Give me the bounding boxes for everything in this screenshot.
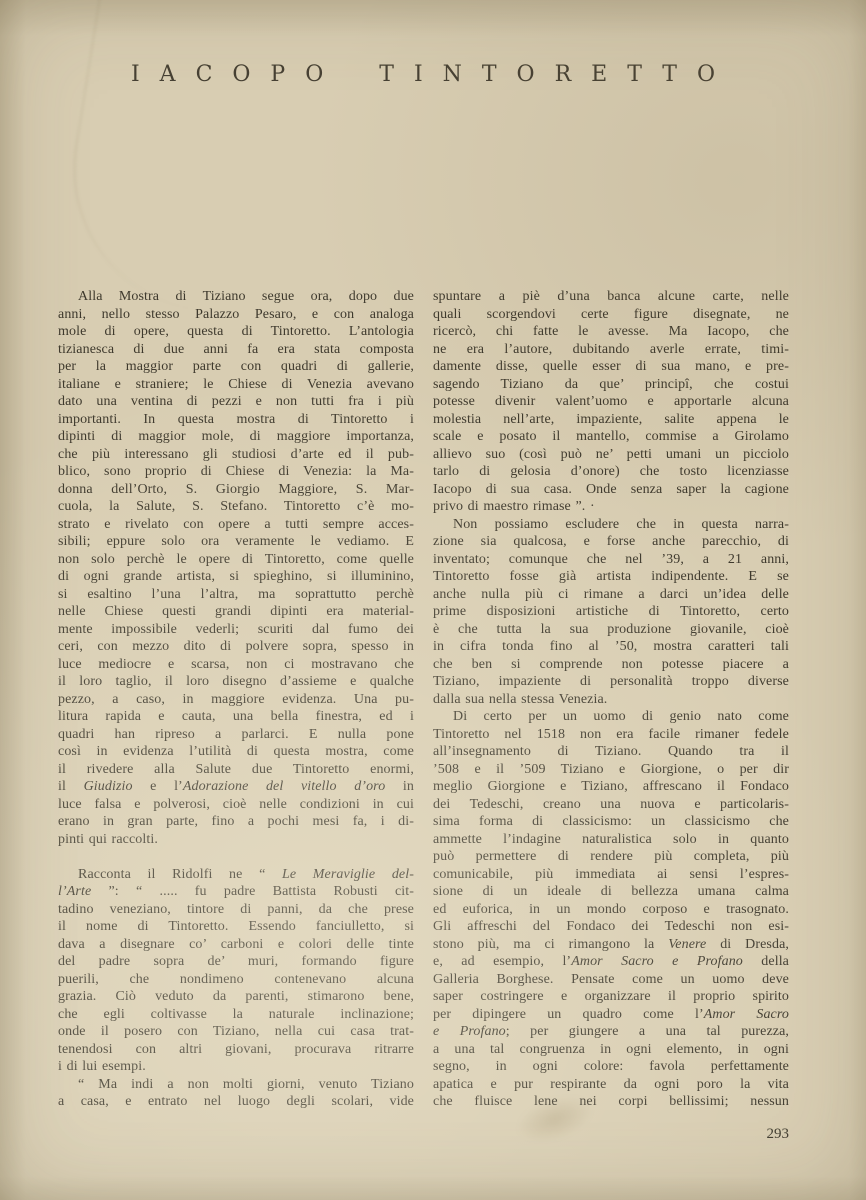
text-line: sagendo Tiziano da que’ principî, che co… bbox=[433, 376, 789, 394]
text-line: Gli affreschi del Fondaco dei Tedeschi n… bbox=[433, 918, 789, 936]
text-line: dalla sua nella stessa Venezia. bbox=[433, 691, 789, 709]
text-line: Tintoretto fosse già artista indipendent… bbox=[433, 568, 789, 586]
text-line: cuola, la Salute, S. Stefano. Tintoretto… bbox=[58, 498, 414, 516]
text-line: onde il posero con Tiziano, nella cui ca… bbox=[58, 1023, 414, 1041]
text-line: segno, in ogni colore: favola perfettame… bbox=[433, 1058, 789, 1076]
text-line: Alla Mostra di Tiziano segue ora, dopo d… bbox=[58, 288, 414, 306]
text-line: tenendosi con altri giovani, procurava r… bbox=[58, 1041, 414, 1059]
text-line: i di lui esempi. bbox=[58, 1058, 414, 1076]
text-line: e Profano; per giungere a una tal purezz… bbox=[433, 1023, 789, 1041]
text-line: inventato; comunque che nel ’39, a 21 an… bbox=[433, 551, 789, 569]
text-line: molestia nell’arte, impaziente, salite a… bbox=[433, 411, 789, 429]
text-line: allievo suo (così può ne’ petti umani un… bbox=[433, 446, 789, 464]
text-line: dato una ventina di pezzi e non tutti fr… bbox=[58, 393, 414, 411]
text-line: nelle Chiese questi grandi dipinti era m… bbox=[58, 603, 414, 621]
text-line: si esaltino l’una l’altra, ma soprattutt… bbox=[58, 586, 414, 604]
text-line: Racconta il Ridolfi ne “ Le Meraviglie d… bbox=[58, 866, 414, 884]
text-line: blico, sono proprio di Chiese di Venezia… bbox=[58, 463, 414, 481]
text-line: il nome di Tintoretto. Essendo fanciulle… bbox=[58, 918, 414, 936]
text-line: Non possiamo escludere che in questa nar… bbox=[433, 516, 789, 534]
text-line: puerili, che nondimeno contenevano alcun… bbox=[58, 971, 414, 989]
text-line: tizianesca di due anni fa era stata comp… bbox=[58, 341, 414, 359]
text-line: ne era l’autore, dubitando averle errate… bbox=[433, 341, 789, 359]
text-line: e, ad esempio, l’Amor Sacro e Profano de… bbox=[433, 953, 789, 971]
text-line: ’508 e il ’509 Tiziano e Giorgione, o pe… bbox=[433, 761, 789, 779]
page-header: IACOPO TINTORETTO bbox=[0, 62, 866, 87]
text-line: ammette l’indagine naturalistica solo in… bbox=[433, 831, 789, 849]
text-line: strato e rivelato con opere a tutti semp… bbox=[58, 516, 414, 534]
text-line: prime disposizioni artistiche di Tintore… bbox=[433, 603, 789, 621]
text-line: luce falsa e polverosi, cioè nelle condi… bbox=[58, 796, 414, 814]
text-line: pinti qui raccolti. bbox=[58, 831, 414, 849]
text-line: mole di opere, questa di Tintoretto. L’a… bbox=[58, 323, 414, 341]
text-line: privo di maestro rimase ”. · bbox=[433, 498, 789, 516]
text-line: quadri han ripreso a parlarci. E nulla p… bbox=[58, 726, 414, 744]
text-line: dei Tedeschi, creano una nuova e partico… bbox=[433, 796, 789, 814]
text-line: il rivedere alla Salute due Tintoretto e… bbox=[58, 761, 414, 779]
text-line: per la maggior parte con quadri di galle… bbox=[58, 358, 414, 376]
paper-crease bbox=[53, 0, 245, 309]
text-line: sibili; eppure solo ora veramente le ved… bbox=[58, 533, 414, 551]
text-line: in cifra tonda fino al ’50, mostra carat… bbox=[433, 638, 789, 656]
text-line: mente impossibile vederli; scuriti dal f… bbox=[58, 621, 414, 639]
text-line: importanti. In questa mostra di Tintoret… bbox=[58, 411, 414, 429]
text-line: non solo perchè le opere di Tintoretto, … bbox=[58, 551, 414, 569]
text-line: ceri, con mezzo dito di polvere sopra, s… bbox=[58, 638, 414, 656]
text-line: damente disse, quelle esser di sua mano,… bbox=[433, 358, 789, 376]
text-line: grazia. Ciò veduto da parenti, stimarono… bbox=[58, 988, 414, 1006]
text-line: dipinti di maggior mole, di maggiore imp… bbox=[58, 428, 414, 446]
text-line: per dipingere un quadro come l’Amor Sacr… bbox=[433, 1006, 789, 1024]
text-line: quali scorgendovi certe figure disegnate… bbox=[433, 306, 789, 324]
text-line: del padre sopra de’ muri, formando figur… bbox=[58, 953, 414, 971]
text-line: può permettere di rendere più completa, … bbox=[433, 848, 789, 866]
text-line: che fluisce lene nei corpi bellissimi; n… bbox=[433, 1093, 789, 1111]
text-line: Tintoretto nel 1518 non era facile riman… bbox=[433, 726, 789, 744]
text-line: dava a disegnare co’ carboni e colori de… bbox=[58, 936, 414, 954]
text-line: anche nulla più ci rimane a darci un’ide… bbox=[433, 586, 789, 604]
text-line: meglio Giorgione e Tiziano, affrescano i… bbox=[433, 778, 789, 796]
text-line: di ogni grande artista, si spieghino, si… bbox=[58, 568, 414, 586]
text-line: “ Ma indi a non molti giorni, venuto Tiz… bbox=[58, 1076, 414, 1094]
text-line: è che tutta la sua produzione giovanile,… bbox=[433, 621, 789, 639]
text-line: che più interessano gli studiosi d’arte … bbox=[58, 446, 414, 464]
text-line: erano in gran parte, fino a pochi mesi f… bbox=[58, 813, 414, 831]
text-line: ed euforica, in un mondo corposo e traso… bbox=[433, 901, 789, 919]
text-line: anni, nello stesso Palazzo Pesaro, e con… bbox=[58, 306, 414, 324]
text-line: zione sia qualcosa, e forse anche parecc… bbox=[433, 533, 789, 551]
page: IACOPO TINTORETTO Alla Mostra di Tiziano… bbox=[0, 0, 866, 1200]
text-line: donna dell’Orto, S. Giorgio Maggiore, S.… bbox=[58, 481, 414, 499]
text-line: comunicabile, più immediata ai sensi l’e… bbox=[433, 866, 789, 884]
text-line: così in evidenza l’utilità di questa mos… bbox=[58, 743, 414, 761]
text-line: il Giudizio e l’Adorazione del vitello d… bbox=[58, 778, 414, 796]
text-line: stono più, ma ci rimangono la Venere di … bbox=[433, 936, 789, 954]
page-number: 293 bbox=[433, 1126, 789, 1143]
text-line: che ben si comprende non potesse piacere… bbox=[433, 656, 789, 674]
text-line: Galleria Borghese. Pensate come un uomo … bbox=[433, 971, 789, 989]
text-line: l’Arte ”: “ ..... fu padre Battista Robu… bbox=[58, 883, 414, 901]
text-line: il loro taglio, il loro disegno d’assiem… bbox=[58, 673, 414, 691]
text-line: sima forma di classicismo: un classicism… bbox=[433, 813, 789, 831]
text-line: pezzo, a caso, in maggiore evidenza. Una… bbox=[58, 691, 414, 709]
text-line: a casa, e entrato nel luogo degli scolar… bbox=[58, 1093, 414, 1111]
text-line: italiane e straniere; le Chiese di Venez… bbox=[58, 376, 414, 394]
text-column-left: Alla Mostra di Tiziano segue ora, dopo d… bbox=[58, 288, 414, 1111]
text-line: Di certo per un uomo di genio nato come bbox=[433, 708, 789, 726]
text-line: Iacopo di sua casa. Onde senza saper la … bbox=[433, 481, 789, 499]
text-line: saper costringere e organizzare il propr… bbox=[433, 988, 789, 1006]
text-line: Tiziano, impaziente di personalità tropp… bbox=[433, 673, 789, 691]
text-line: sione di un ideale di bellezza umana cal… bbox=[433, 883, 789, 901]
text-line: potesse divenir valent’uomo e apportarle… bbox=[433, 393, 789, 411]
text-line: litura rapida e cauta, una bella finestr… bbox=[58, 708, 414, 726]
text-line: ricercò, chi fatte le avesse. Ma Iacopo,… bbox=[433, 323, 789, 341]
text-line: scale e posato il mantello, commise a Gi… bbox=[433, 428, 789, 446]
text-line: che egli coltivasse la naturale inclinaz… bbox=[58, 1006, 414, 1024]
text-line: a una tal congruenza in ogni elemento, i… bbox=[433, 1041, 789, 1059]
text-line: tadino veneziano, tintore di panni, da c… bbox=[58, 901, 414, 919]
text-line: spuntare a piè d’una banca alcune carte,… bbox=[433, 288, 789, 306]
text-line: luce mediocre e scarsa, non ci mostravan… bbox=[58, 656, 414, 674]
text-line: tarlo di gelosia d’onore) che tosto lice… bbox=[433, 463, 789, 481]
text-column-right: spuntare a piè d’una banca alcune carte,… bbox=[433, 288, 789, 1111]
text-line: all’insegnamento di Tiziano. Quando tra … bbox=[433, 743, 789, 761]
text-line: apatica e pur respirante da ogni poro la… bbox=[433, 1076, 789, 1094]
